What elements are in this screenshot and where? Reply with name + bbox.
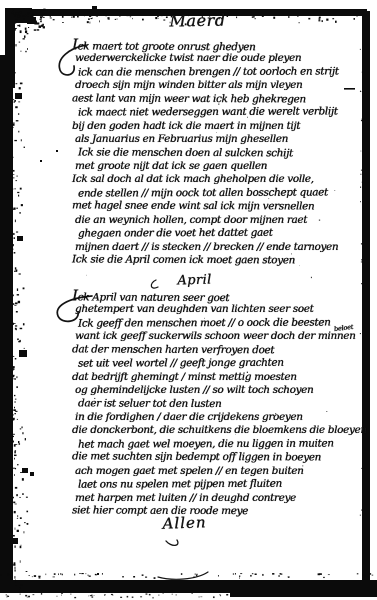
- manuscript-line: Ick sal doch al dat ick mach gheholpen d…: [72, 173, 339, 186]
- manuscript-line: met hagel snee ende wint sal ick mijn ve…: [72, 200, 339, 215]
- manuscript-line: Ick maert tot groote onrust ghedyen: [72, 38, 339, 53]
- ink-dash-mark: [344, 88, 355, 90]
- manuscript-line: als Januarius en Februarius mijn ghesell…: [75, 133, 339, 146]
- manuscript-line: die met suchten sijn bedempt off liggen …: [72, 451, 367, 466]
- scanned-manuscript-page: Maerd Ick maert tot groote onrust ghedye…: [0, 0, 377, 600]
- page-title: Maerd: [9, 8, 377, 34]
- manuscript-line: die donckerbont, die schuitkens die bloe…: [72, 424, 367, 437]
- manuscript-line: Ick sie die April comen ick moet gaen st…: [72, 253, 339, 268]
- manuscript-line: dat bedrijft ghemingt / minst mettig moe…: [72, 371, 367, 384]
- manuscript-line: Ick April van naturen seer goet: [72, 289, 367, 304]
- stanza-april: Ick April van naturen seer goet ghetempe…: [72, 290, 367, 518]
- manuscript-line: set uit veel wortel // geeft jonge grach…: [78, 357, 367, 372]
- manuscript-line: ach mogen gaet met spelen // en tegen bu…: [75, 465, 367, 478]
- manuscript-line: daer ist seluer tot den lusten: [78, 397, 367, 412]
- scan-edge-bottom-right: [230, 591, 377, 597]
- manuscript-line: Ick geeff den menschen moet // o oock di…: [78, 316, 367, 331]
- manuscript-line: die an weynich hollen, compt door mijnen…: [75, 214, 339, 227]
- manuscript-line: bij den goden hadt ick die maert in mijn…: [72, 120, 339, 133]
- manuscript-line: ick can die menschen brengen // tot oorl…: [78, 65, 339, 80]
- scan-edge-bottom: [0, 580, 377, 593]
- manuscript-line: want ick geeff suckerwils schoon weer do…: [75, 330, 367, 343]
- manuscript-line: aest lant van mijn weer wat ick heb ghek…: [72, 92, 339, 107]
- stray-pen-stroke: [158, 572, 208, 579]
- signature-swash: [166, 540, 178, 545]
- manuscript-line: Ick sie die menschen doen al sulcken sch…: [78, 146, 339, 161]
- manuscript-line: met groote nijt dat ick se gaen quellen: [75, 160, 339, 173]
- manuscript-line: ghetempert van deughden van lichten seer…: [75, 303, 367, 316]
- manuscript-line: in die fordighen / daer die crijdekens g…: [75, 411, 367, 424]
- manuscript-line: ghegaen onder die voet het dattet gaet: [78, 227, 339, 242]
- manuscript-line: met harpen met luiten // in deughd contr…: [75, 492, 367, 505]
- scan-edge-left: [0, 55, 13, 592]
- manuscript-line: laet ons nu spelen met pijpen met fluite…: [78, 477, 367, 492]
- stanza-march: Ick maert tot groote onrust ghedyen wede…: [72, 39, 339, 267]
- manuscript-line: droech sijn mijn winden bitter als mijn …: [75, 79, 339, 92]
- manuscript-line: mijnen daert // is stecken // brecken //…: [75, 241, 339, 254]
- manuscript-line: wederwerckelicke twist naer die oude ple…: [75, 52, 339, 65]
- manuscript-line: ick maect niet wederseggen want die were…: [78, 106, 339, 121]
- manuscript-line: og ghemindelijcke lusten // so wilt toch…: [75, 384, 367, 397]
